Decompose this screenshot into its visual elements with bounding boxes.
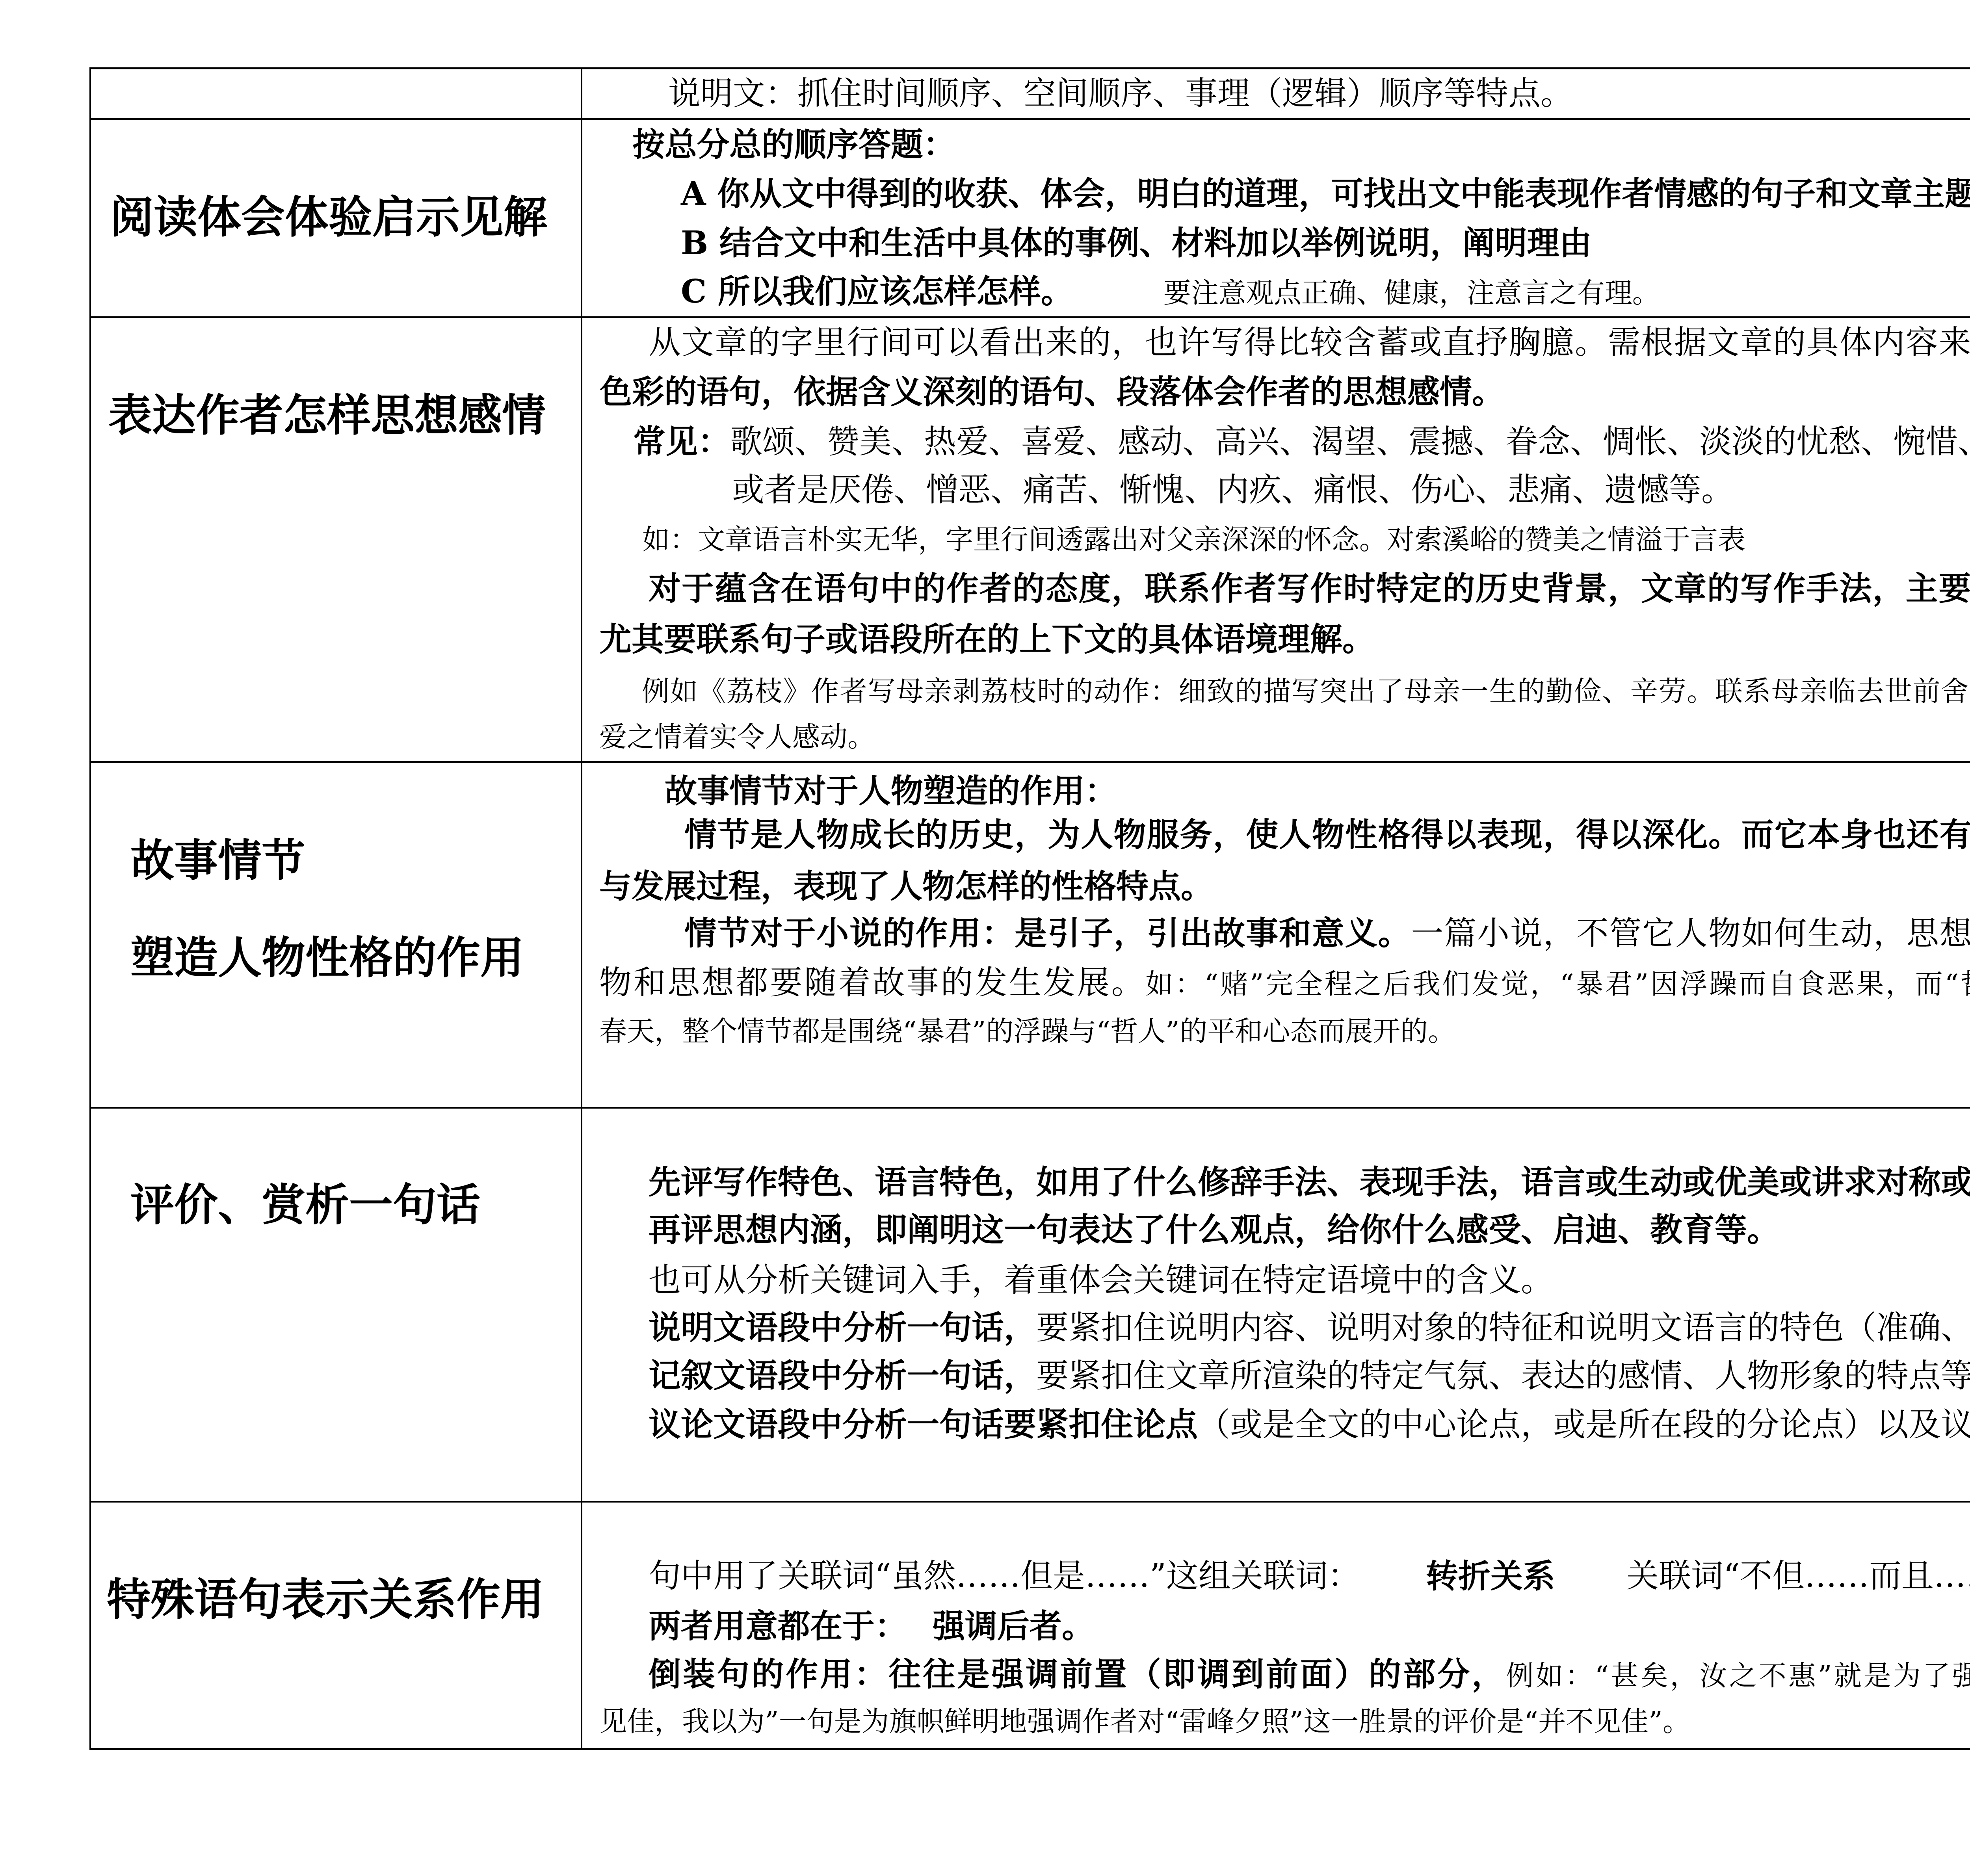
content-line: 也可从分析关键词入手，着重体会关键词在特定语境中的含义。 xyxy=(649,1257,1553,1304)
table-row: 评价、赏析一句话 先评写作特色、语言特色，如用了什么修辞手法、表现手法，语言或生… xyxy=(89,1107,1970,1501)
text-segment: 色彩的语句，依据含义深刻的语句、段落体会作者的思想感情。 xyxy=(600,373,1504,411)
text-segment: 再评思想内涵，即阐明这一句表达了什么观点，给你什么感受、启迪、教育等。 xyxy=(649,1211,1779,1249)
content-line: 先评写作特色、语言特色，如用了什么修辞手法、表现手法，语言或生动或优美或讲求对称… xyxy=(649,1159,1970,1206)
content-line: 或者是厌倦、憎恶、痛苦、惭愧、内疚、痛恨、伤心、悲痛、遗憾等。 xyxy=(732,466,1734,514)
note-segment: 如：文章语言朴实无华，字里行间透露出对父亲深深的怀念。对索溪峪的赞美之情溢于言表 xyxy=(642,524,1745,556)
content-line: 两者用意都在于： 强调后者。 xyxy=(649,1603,1970,1650)
content-line: 与发展过程，表现了人物怎样的性格特点。 xyxy=(599,863,1213,910)
table-row: 特殊语句表示关系作用 句中用了关联词“虽然……但是……”这组关联词： 转折关系 … xyxy=(89,1501,1970,1750)
label-cell xyxy=(91,69,581,118)
content-line: 情节是人物成长的历史，为人物服务，使人物性格得以表现，得以深化。而它本身也还有揭… xyxy=(684,811,1970,858)
row-label: 评价、赏析一句话 xyxy=(130,1180,480,1231)
note-segment: 见佳，我以为”一句是为旗帜鲜明地强调作者对“雷峰夕照”这一胜景的评价是“并不见佳… xyxy=(599,1705,1690,1738)
text-segment: 要紧扣住说明内容、说明对象的特征和说明文语言的特色（准确、生动）。 xyxy=(1036,1309,1970,1347)
text-segment: 常见： xyxy=(633,423,730,461)
label-cell: 评价、赏析一句话 xyxy=(91,1109,581,1501)
text-segment: C 所以我们应该怎样怎样。 xyxy=(681,273,1073,310)
note-segment: 例如《荔枝》作者写母亲剥荔枝时的动作：细致的描写突出了母亲一生的勤俭、辛劳。联系… xyxy=(642,675,1970,708)
content-line: 尤其要联系句子或语段所在的上下文的具体语境理解。 xyxy=(599,616,1375,663)
text-segment: 按总分总的顺序答题： xyxy=(632,126,955,163)
text-segment: 议论文语段中分析一句话要紧扣住论点 xyxy=(649,1406,1198,1443)
text-segment: 歌颂、赞美、热爱、喜爱、感动、高兴、渴望、震撼、眷念、惆怅、淡淡的忧愁、惋惜、思… xyxy=(730,423,1970,461)
content-line: 议论文语段中分析一句话要紧扣住论点（或是全文的中心论点，或是所在段的分论点）以及… xyxy=(649,1401,1970,1448)
note-segment: 春天，整个情节都是围绕“暴君”的浮躁与“哲人”的平和心态而展开的。 xyxy=(599,1015,1455,1048)
row-label: 塑造人物性格的作用 xyxy=(130,933,524,984)
table-row: 说明文：抓住时间顺序、空间顺序、事理（逻辑）顺序等特点。 xyxy=(89,67,1970,118)
content-cell: 说明文：抓住时间顺序、空间顺序、事理（逻辑）顺序等特点。 xyxy=(581,69,1970,118)
example-line: 见佳，我以为”一句是为旗帜鲜明地强调作者对“雷峰夕照”这一胜景的评价是“并不见佳… xyxy=(599,1698,1690,1745)
text-segment: 与发展过程，表现了人物怎样的性格特点。 xyxy=(599,867,1213,905)
text-segment: （或是全文的中心论点，或是所在段的分论点）以及议论文语言的特色。 xyxy=(1198,1406,1970,1443)
text-segment: 先评写作特色、语言特色，如用了什么修辞手法、表现手法，语言或生动或优美或讲求对称… xyxy=(649,1163,1970,1201)
text-segment: B 结合文中和生活中具体的事例、材料加以举例说明，阐明理由 xyxy=(681,224,1592,262)
text-segment: 或者是厌倦、憎恶、痛苦、惭愧、内疚、痛恨、伤心、悲痛、遗憾等。 xyxy=(732,471,1734,509)
row-label: 表达作者怎样思想感情 xyxy=(108,390,546,442)
text-segment: 从文章的字里行间可以看出来的，也许写得比较含蓄或直抒胸臆。需根据文章的具体内容来… xyxy=(649,324,1970,361)
content-line: 倒装句的作用：往往是强调前置（即调到前面）的部分，例如：“甚矣，汝之不惠”就是为… xyxy=(649,1651,1970,1698)
text-segment: 情节对于小说的作用：是引子，引出故事和意义。 xyxy=(684,914,1411,952)
text-segment: 情节是人物成长的历史，为人物服务，使人物性格得以表现，得以深化。而它本身也还有揭… xyxy=(684,816,1970,854)
content-line: 按总分总的顺序答题： xyxy=(632,121,955,168)
row-label: 特殊语句表示关系作用 xyxy=(107,1575,544,1626)
content-cell: 故事情节对于人物塑造的作用： 情节是人物成长的历史，为人物服务，使人物性格得以表… xyxy=(581,763,1970,1107)
text-segment: 说明文：抓住时间顺序、空间顺序、事理（逻辑）顺序等特点。 xyxy=(668,75,1573,112)
content-line: 常见：歌颂、赞美、热爱、喜爱、感动、高兴、渴望、震撼、眷念、惆怅、淡淡的忧愁、惋… xyxy=(633,418,1970,465)
text-segment: 倒装句的作用：往往是强调前置（即调到前面）的部分， xyxy=(649,1655,1506,1693)
row-label: 阅读体会体验启示见解 xyxy=(110,192,547,243)
content-line: 故事情节对于人物塑造的作用： xyxy=(665,767,1117,815)
example-line: 爱之情着实令人感动。 xyxy=(599,713,875,761)
row-label: 故事情节 xyxy=(130,836,305,887)
content-line: 对于蕴含在语句中的作者的态度，联系作者写作时特定的历史背景，文章的写作手法，主要… xyxy=(649,565,1970,612)
table-row: 故事情节 塑造人物性格的作用 故事情节对于人物塑造的作用： 情节是人物成长的历史… xyxy=(89,761,1970,1107)
text-segment: 句中用了关联词“虽然……但是……”这组关联词： xyxy=(649,1553,1360,1600)
note-segment: 爱之情着实令人感动。 xyxy=(599,721,875,753)
content-line: 记叙文语段中分析一句话，要紧扣住文章所渲染的特定气氛、表达的感情、人物形象的特点… xyxy=(649,1352,1970,1399)
text-segment: 要紧扣住文章所渲染的特定气氛、表达的感情、人物形象的特点等。 xyxy=(1036,1357,1970,1395)
text-segment: 说明文语段中分析一句话， xyxy=(649,1309,1036,1347)
example-line: 如：文章语言朴实无华，字里行间透露出对父亲深深的怀念。对索溪峪的赞美之情溢于言表 xyxy=(642,516,1745,563)
content-line: 情节对于小说的作用：是引子，引出故事和意义。一篇小说，不管它人物如何生动，思想如… xyxy=(684,910,1970,957)
table-row: 表达作者怎样思想感情 从文章的字里行间可以看出来的，也许写得比较含蓄或直抒胸臆。… xyxy=(89,316,1970,761)
text-segment: A 你从文中得到的收获、体会，明白的道理，可找出文中能表现作者情感的句子和文章主… xyxy=(681,175,1970,213)
content-line: 句中用了关联词“虽然……但是……”这组关联词： 转折关系 关联词“不但……而且…… xyxy=(649,1553,1970,1600)
content-line: C 所以我们应该怎样怎样。要注意观点正确、健康，注意言之有理。 xyxy=(681,268,1660,315)
text-segment: 物和思想都要随着故事的发生发展。 xyxy=(599,964,1145,1001)
text-segment: 故事情节对于人物塑造的作用： xyxy=(665,772,1117,810)
content-line: 说明文：抓住时间顺序、空间顺序、事理（逻辑）顺序等特点。 xyxy=(668,70,1573,117)
example-line: 例如《荔枝》作者写母亲剥荔枝时的动作：细致的描写突出了母亲一生的勤俭、辛劳。联系… xyxy=(642,668,1970,715)
text-segment: 对于蕴含在语句中的作者的态度，联系作者写作时特定的历史背景，文章的写作手法，主要… xyxy=(649,570,1970,607)
text-segment: 两者用意都在于： xyxy=(649,1603,907,1650)
content-line: 从文章的字里行间可以看出来的，也许写得比较含蓄或直抒胸臆。需根据文章的具体内容来… xyxy=(649,319,1970,366)
content-cell: 句中用了关联词“虽然……但是……”这组关联词： 转折关系 关联词“不但……而且…… xyxy=(581,1503,1970,1748)
note-segment: 如：“赌”完全程之后我们发觉，“暴君”因浮躁而自食恶果，而“哲人”则因坚毅谦卑而… xyxy=(1145,968,1970,1000)
text-segment: 尤其要联系句子或语段所在的上下文的具体语境理解。 xyxy=(599,620,1375,658)
label-cell: 特殊语句表示关系作用 xyxy=(91,1503,581,1748)
text-segment: 记叙文语段中分析一句话， xyxy=(649,1357,1036,1395)
note-segment: 要注意观点正确、健康，注意言之有理。 xyxy=(1163,277,1660,309)
label-cell: 阅读体会体验启示见解 xyxy=(91,120,581,316)
text-segment: 也可从分析关键词入手，着重体会关键词在特定语境中的含义。 xyxy=(649,1261,1553,1299)
relation-term: 转折关系 xyxy=(1426,1553,1555,1600)
label-cell: 故事情节 塑造人物性格的作用 xyxy=(91,763,581,1107)
text-segment: 关联词“不但……而且……”之类这类关联词： xyxy=(1626,1553,1970,1600)
content-cell: 先评写作特色、语言特色，如用了什么修辞手法、表现手法，语言或生动或优美或讲求对称… xyxy=(581,1109,1970,1501)
text-segment: 一篇小说，不管它人物如何生动，思想如何深刻，它的外在形式还是故事，人 xyxy=(1411,915,1970,952)
content-cell: 按总分总的顺序答题： A 你从文中得到的收获、体会，明白的道理，可找出文中能表现… xyxy=(581,120,1970,316)
content-line: A 你从文中得到的收获、体会，明白的道理，可找出文中能表现作者情感的句子和文章主… xyxy=(681,170,1970,217)
text-segment: 强调后者。 xyxy=(933,1603,1094,1650)
note-segment: 例如：“甚矣，汝之不惠”就是为了强调“汝之不惠”的程度是“甚矣”。又如“并不 xyxy=(1506,1660,1970,1692)
table-row: 阅读体会体验启示见解 按总分总的顺序答题： A 你从文中得到的收获、体会，明白的… xyxy=(89,118,1970,316)
content-cell: 从文章的字里行间可以看出来的，也许写得比较含蓄或直抒胸臆。需根据文章的具体内容来… xyxy=(581,318,1970,761)
example-line: 春天，整个情节都是围绕“暴君”的浮躁与“哲人”的平和心态而展开的。 xyxy=(599,1008,1455,1055)
label-cell: 表达作者怎样思想感情 xyxy=(91,318,581,761)
content-line: 物和思想都要随着故事的发生发展。如：“赌”完全程之后我们发觉，“暴君”因浮躁而自… xyxy=(599,959,1970,1007)
content-line: B 结合文中和生活中具体的事例、材料加以举例说明，阐明理由 xyxy=(681,219,1592,267)
content-line: 说明文语段中分析一句话，要紧扣住说明内容、说明对象的特征和说明文语言的特色（准确… xyxy=(649,1304,1970,1351)
content-line: 再评思想内涵，即阐明这一句表达了什么观点，给你什么感受、启迪、教育等。 xyxy=(649,1206,1779,1254)
content-line: 色彩的语句，依据含义深刻的语句、段落体会作者的思想感情。 xyxy=(600,368,1504,416)
